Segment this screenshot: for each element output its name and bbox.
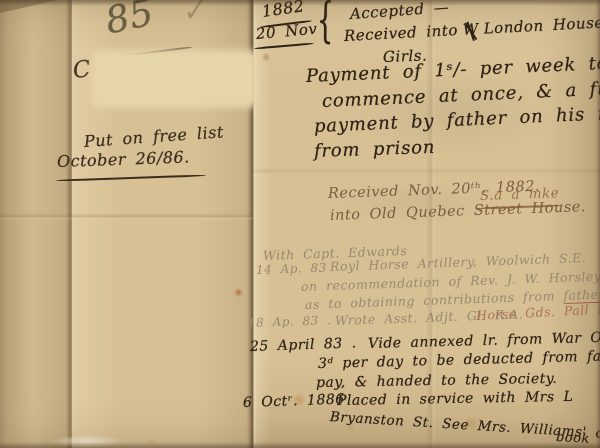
received-text-b: London House for xyxy=(483,12,600,38)
war-office-line2: 3ᵈ per day to be deducted from father's xyxy=(318,347,600,372)
day-underline xyxy=(254,42,314,49)
war-office-line3: pay, & handed to the Society. xyxy=(316,371,558,391)
page-corner-shadow xyxy=(0,0,58,13)
horizontal-crease-left xyxy=(0,213,253,220)
received-note-line2: into Old Quebec Street House. xyxy=(330,199,586,224)
entry-day: 20 Nov xyxy=(255,20,318,43)
bottom-edge-shadow xyxy=(0,442,600,448)
free-list-underline xyxy=(56,174,206,181)
pencil-check-mark: ✓ xyxy=(177,0,209,31)
war-office-date: 25 April 83 . xyxy=(250,335,357,355)
stain xyxy=(234,288,243,297)
scanned-document: ✓ 85 C Put on free list October 26/86. 1… xyxy=(0,0,600,448)
initial-letter: C xyxy=(72,56,93,84)
pencil-date1: 14 Ap. 83 xyxy=(256,261,327,277)
background-showing-corner xyxy=(50,435,124,448)
payment-line4: from prison xyxy=(314,137,436,162)
horizontal-crease-right xyxy=(253,168,600,174)
left-fold-strip xyxy=(0,0,72,448)
free-list-note-line2: October 26/86. xyxy=(57,147,190,171)
received-text-a: Received into xyxy=(344,21,459,45)
stain xyxy=(262,52,270,62)
service-line1: Placed in service with Mrs L xyxy=(337,389,574,409)
pencil-date2: 18 Ap. 83 . xyxy=(248,313,332,330)
stain xyxy=(144,438,158,446)
case-number: 85 xyxy=(102,0,158,43)
struck-out-letter: W xyxy=(462,20,479,39)
redaction-patch xyxy=(96,55,252,103)
free-list-note-line1: Put on free list xyxy=(83,122,224,151)
service-line3: book xyxy=(556,430,591,447)
accepted-note: Accepted — xyxy=(349,0,449,23)
bracket-brace: { xyxy=(316,0,334,50)
entry-year: 1882 xyxy=(261,0,306,21)
